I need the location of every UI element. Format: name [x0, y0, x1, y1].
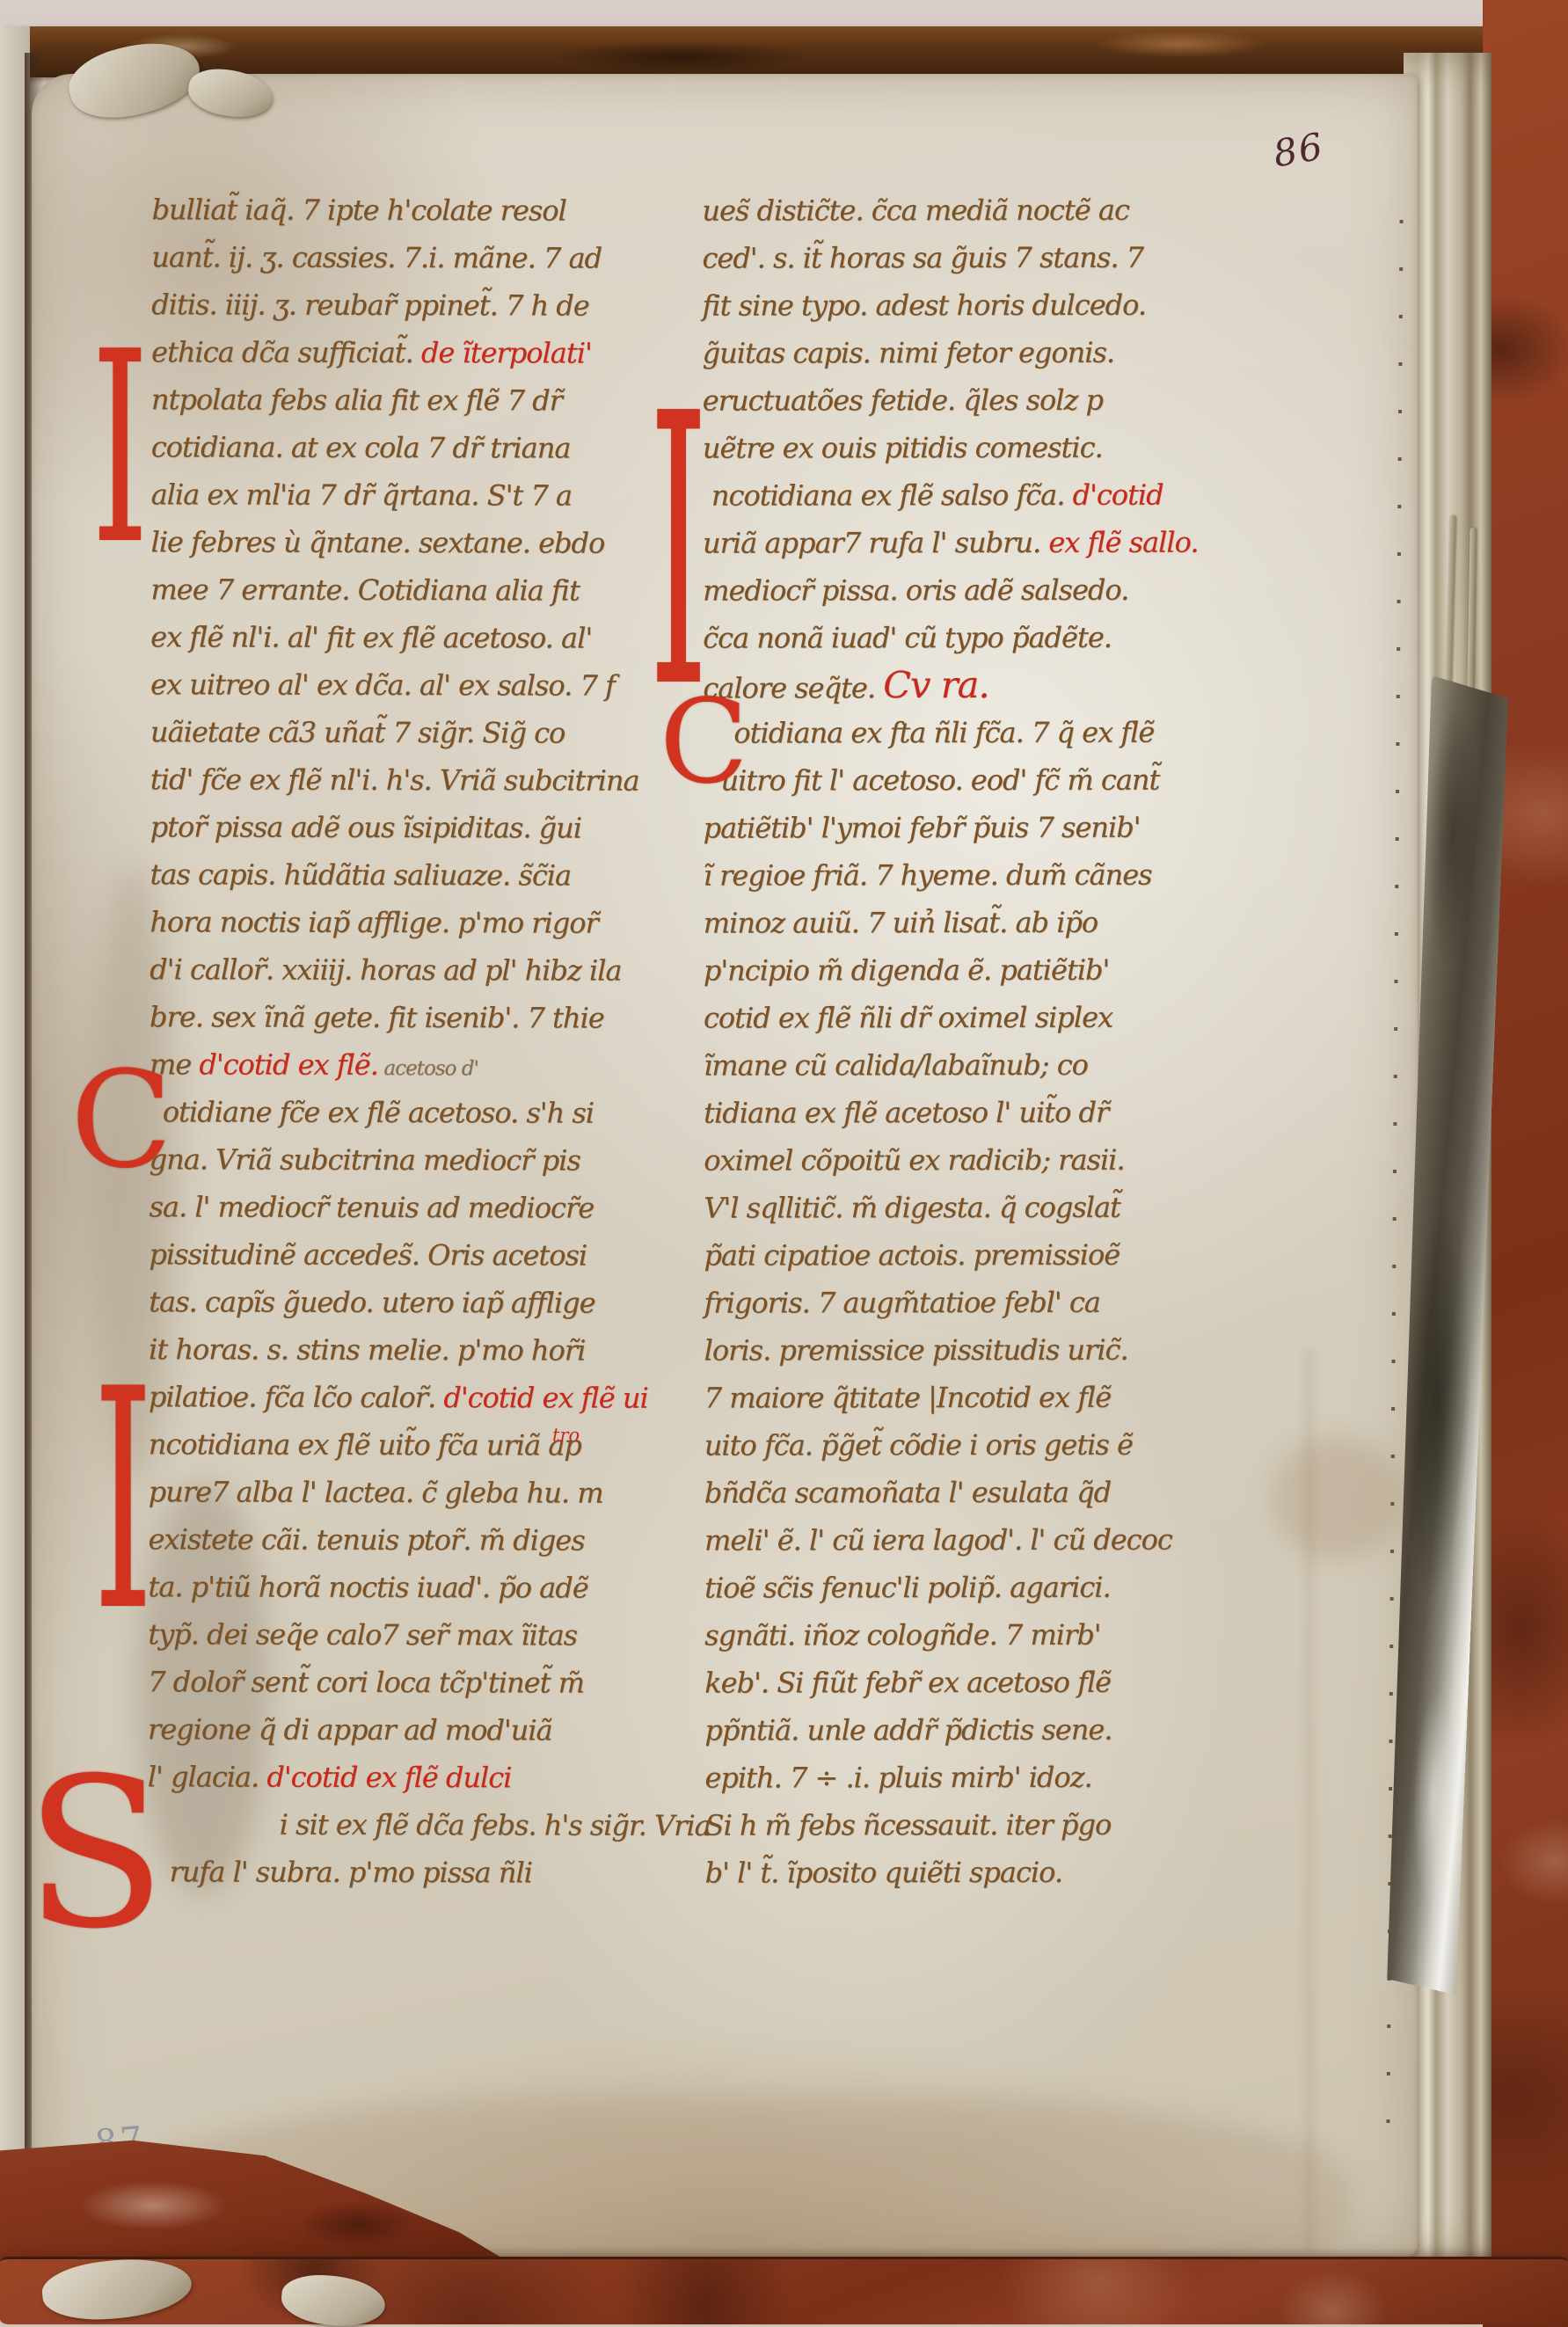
ink-text: ditis. iiij. ʒ. reubar̃ ppinet̃. 7 h de — [151, 288, 589, 322]
manuscript-line: it horas. s. stins melie. p'mo hor̃i — [149, 1325, 690, 1375]
ink-text: pp̃ntiã. unle addr̃ p̃dictis sene. — [704, 1713, 1112, 1747]
manuscript-line: minoz auiũ. 7 uin̉ lisat̃. ab ip̃o — [704, 898, 1245, 946]
ink-text: pure7 alba l' lactea. c̃ gleba hu. m — [149, 1475, 603, 1509]
ink-text: bñdc̃a scamoñata l' esulata q̃d — [704, 1476, 1111, 1510]
manuscript-line: i sit ex flẽ dc̃a febs. h's sig̃r. Vria — [148, 1800, 689, 1849]
ink-text: gna. Vriã subcitrina mediocr̃ pis — [150, 1142, 580, 1177]
ink-text: p'ncipio m̃ digenda ẽ. patiẽtib' — [704, 953, 1110, 988]
manuscript-line: mediocr̃ pissa. oris adẽ salsedo. — [703, 565, 1244, 614]
manuscript-line: bulliat̃ iaq̃. 7 ipte h'colate resol — [151, 186, 693, 235]
manuscript-line: tas. capĩs g̃uedo. utero iap̃ afflige — [149, 1278, 690, 1327]
ink-text: 7 dolor̃ sent̃ cori loca tc̃p'tinet̃ m̃ — [148, 1665, 584, 1699]
manuscript-line: sgnãti. iñoz cologñde. 7 mirb' — [704, 1610, 1246, 1659]
manuscript-line: frigoris. 7 augm̃tatioe febl' ca — [704, 1278, 1245, 1326]
manuscript-line: ĩmane cũ calida/labaĩnub; co — [704, 1040, 1245, 1089]
marginal-correction: tro — [552, 1425, 580, 1446]
ink-text: fit sine typo. adest horis dulcedo. — [703, 288, 1147, 323]
ink-text: cotid ex flẽ ñli dr̃ oximel siplex — [704, 1001, 1112, 1035]
manuscript-line: g̃uitas capis. nimi fetor egonis. — [703, 328, 1244, 376]
manuscript-line: pilatioe. fc̃a lc̃o calor̃. d'cotid ex f… — [149, 1373, 690, 1422]
rubric-text: ex flẽ sallo. — [1048, 526, 1198, 559]
ink-text: ntpolata febs alia fit ex flẽ 7 dr̃ — [151, 383, 562, 417]
manuscript-line: uitro fit l' acetoso. eod' fc̃ m̃ cant̃ — [703, 755, 1244, 804]
manuscript-line: uito fc̃a. p̃g̃et̃ cõdie i oris getis e… — [704, 1420, 1246, 1469]
manuscript-line: calore seq̃te. Cv ra. — [703, 660, 1244, 709]
ink-text: tas. capĩs g̃uedo. utero iap̃ afflige — [149, 1285, 594, 1319]
ink-text: c̃ca nonã iuad' cũ typo p̃adẽte. — [703, 621, 1112, 655]
manuscript-line: ptor̃ pissa adẽ ous ĩsipiditas. g̃ui — [150, 803, 692, 852]
manuscript-line: ex uitreo al' ex dc̃a. al' ex salso. 7 f — [150, 660, 692, 710]
ink-text: oximel cõpoitũ ex radicib; rasii. — [704, 1143, 1124, 1178]
manuscript-line: fit sine typo. adest horis dulcedo. — [702, 281, 1243, 329]
ink-text: ues̃ distic̃te. c̃ca mediã noctẽ ac — [702, 193, 1129, 228]
rubricated-initial: S — [25, 1778, 166, 1931]
manuscript-line: d'i callor̃. xxiiij. horas ad pl' hibz i… — [150, 945, 691, 995]
ink-text: epith. 7 ÷ .i. pluis mirb' idoz. — [704, 1761, 1091, 1795]
ink-text: bre. sex ĩnã gete. fit isenib'. 7 thie — [150, 1000, 604, 1034]
manuscript-line: cotid ex flẽ ñli dr̃ oximel siplex — [704, 993, 1245, 1041]
text-column-right: ues̃ distic̃te. c̃ca mediã noctẽ acced… — [702, 186, 1246, 1896]
manuscript-line: pissitudinẽ accedes̃. Oris acetosi — [149, 1230, 690, 1280]
manuscript-line: ncotidiana ex flẽ salso fc̃a. d'cotid — [703, 471, 1244, 519]
manuscript-line: cotidiana. at ex cola 7 dr̃ triana — [151, 423, 693, 472]
ink-text: rufa l' subra. p'mo pissa ñli — [169, 1855, 531, 1889]
manuscript-line: uant̃. ij. ʒ. cassies. 7.i. mãne. 7 ad — [151, 233, 693, 282]
manuscript-line: uãietate cã3 uñat̃ 7 sig̃r. Sig̃ co — [150, 708, 692, 757]
folio-number: 86 — [1270, 124, 1327, 175]
ink-text: ĩ regioe friã. 7 hyeme. dum̃ cãnes — [704, 858, 1152, 893]
manuscript-line: mee 7 errante. Cotidiana alia fit — [150, 565, 692, 615]
manuscript-line: uẽtre ex ouis pitidis comestic. — [703, 423, 1244, 471]
manuscript-photo: bulliat̃ iaq̃. 7 ipte h'colate resoluant… — [0, 0, 1568, 2327]
rubric-text: d'cotid ex flẽ dulci — [266, 1761, 511, 1795]
rubric-text: acetoso d' — [378, 1057, 478, 1080]
ink-text: mediocr̃ pissa. oris adẽ salsedo. — [703, 573, 1128, 608]
rubricated-initial: C — [70, 1071, 172, 1170]
rubric-text: d'cotid — [1073, 478, 1163, 512]
ink-text: frigoris. 7 augm̃tatioe febl' ca — [704, 1286, 1099, 1320]
manuscript-line: uriã appar7 rufa l' subru. ex flẽ sall… — [703, 518, 1244, 566]
manuscript-line: Si h m̃ febs ñcessauit. iter p̃go — [705, 1800, 1247, 1849]
ink-text: patiẽtib' l'ymoi febr̃ p̃uis 7 senib' — [704, 811, 1141, 845]
rubricated-initial: I — [91, 352, 149, 547]
manuscript-line: eructuatões fetide. q̃les solz p — [703, 376, 1244, 424]
rubricated-initial: I — [649, 415, 708, 692]
ink-text: hora noctis iap̃ afflige. p'mo rigor̃ — [150, 905, 598, 939]
ink-text: eructuatões fetide. q̃les solz p — [703, 383, 1103, 418]
manuscript-line: ditis. iiij. ʒ. reubar̃ ppinet̃. 7 h de — [151, 281, 693, 330]
manuscript-line: typ̃. dei seq̃e calo7 ser̃ max ĩitas — [148, 1610, 689, 1660]
ink-text: sa. l' mediocr̃ tenuis ad mediocr̃e — [149, 1190, 594, 1224]
manuscript-line: ntpolata febs alia fit ex flẽ 7 dr̃ — [151, 376, 693, 425]
rubricated-initial: C — [660, 700, 748, 786]
ink-text: uitro fit l' acetoso. eod' fc̃ m̃ cant̃ — [720, 763, 1159, 798]
ink-text: i sit ex flẽ dc̃a febs. h's sig̃r. Vria — [280, 1808, 711, 1842]
ink-text: 7 maiore q̃titate |Incotid ex flẽ — [704, 1381, 1112, 1415]
manuscript-line: meli' ẽ. l' cũ iera lagod'. l' cũ dec… — [704, 1515, 1246, 1564]
ink-text: ex uitreo al' ex dc̃a. al' ex salso. 7 f — [150, 667, 615, 702]
ink-text: uriã appar7 rufa l' subru. — [703, 526, 1048, 560]
manuscript-line: ues̃ distic̃te. c̃ca mediã noctẽ ac — [702, 186, 1243, 234]
ink-text: uito fc̃a. p̃g̃et̃ cõdie i oris getis e… — [704, 1428, 1133, 1463]
ink-text: mee 7 errante. Cotidiana alia fit — [150, 573, 580, 607]
manuscript-line: ncotidiana ex flẽ uit̃o fc̃a uriã ap — [149, 1420, 690, 1470]
ink-text: loris. premissice pissitudis uric̃. — [704, 1333, 1128, 1368]
manuscript-line: lie febres ù q̃ntane. sextane. ebdo — [150, 518, 692, 567]
leather-binding-right — [1483, 0, 1568, 2327]
manuscript-line: hora noctis iap̃ afflige. p'mo rigor̃ — [150, 898, 691, 947]
ink-text: ptor̃ pissa adẽ ous ĩsipiditas. g̃ui — [150, 810, 581, 844]
rubric-text: de ĩterpolati' — [421, 336, 592, 370]
manuscript-line: p'ncipio m̃ digenda ẽ. patiẽtib' — [704, 945, 1245, 994]
ink-text: keb'. Si fiũt febr̃ ex acetoso flẽ — [704, 1666, 1111, 1700]
ink-text: existete cãi. tenuis ptor̃. m̃ diges — [148, 1522, 584, 1557]
manuscript-line: bñdc̃a scamoñata l' esulata q̃d — [704, 1468, 1246, 1516]
ink-text: ethica dc̃a sufficiat̃. — [151, 335, 421, 369]
ink-text: otidiane fc̃e ex flẽ acetoso. s'h si — [163, 1095, 594, 1129]
manuscript-line: tas capis. hũdãtia saliuaze. s̃c̃ia — [150, 850, 691, 900]
manuscript-line: epith. 7 ÷ .i. pluis mirb' idoz. — [704, 1753, 1246, 1801]
ink-text: minoz auiũ. 7 uin̉ lisat̃. ab ip̃o — [704, 906, 1098, 940]
parchment-crease — [1305, 1349, 1314, 2272]
manuscript-line: oximel cõpoitũ ex radicib; rasii. — [704, 1135, 1245, 1184]
manuscript-line: tidiana ex flẽ acetoso l' uit̃o dr̃ — [704, 1088, 1245, 1136]
ink-text: regione q̃ di appar ad mod'uiã — [148, 1712, 552, 1747]
ink-text: otidiana ex fta ñli fc̃a. 7 q̃ ex flẽ — [733, 716, 1154, 750]
manuscript-line: p̃ati cipatioe actois. premissioẽ — [704, 1230, 1245, 1279]
manuscript-line: rufa l' subra. p'mo pissa ñli — [147, 1848, 689, 1897]
manuscript-line: loris. premissice pissitudis uric̃. — [704, 1325, 1246, 1374]
manuscript-line: me d'cotid ex flẽ. acetoso d' — [150, 1040, 691, 1090]
ink-text: p̃ati cipatioe actois. premissioẽ — [704, 1238, 1119, 1273]
ink-text: tidiana ex flẽ acetoso l' uit̃o dr̃ — [704, 1096, 1108, 1130]
leather-binding-bottom — [0, 2257, 1568, 2324]
ink-text: tid' fc̃e ex flẽ nl'i. h's. Vriã subci… — [150, 762, 639, 797]
ink-text: Si h m̃ febs ñcessauit. iter p̃go — [705, 1808, 1112, 1842]
manuscript-line: pure7 alba l' lactea. c̃ gleba hu. m — [149, 1468, 690, 1517]
manuscript-line: alia ex ml'ia 7 dr̃ q̃rtana. S't 7 a — [151, 471, 693, 520]
ink-text: bulliat̃ iaq̃. 7 ipte h'colate resol — [151, 193, 565, 227]
ink-text: tas capis. hũdãtia saliuaze. s̃c̃ia — [150, 857, 571, 892]
manuscript-line: ex flẽ nl'i. al' fit ex flẽ acetoso. a… — [150, 613, 692, 662]
ink-text: d'i callor̃. xxiiij. horas ad pl' hibz i… — [150, 952, 621, 987]
manuscript-line: regione q̃ di appar ad mod'uiã — [148, 1705, 689, 1754]
ink-text: typ̃. dei seq̃e calo7 ser̃ max ĩitas — [148, 1617, 577, 1652]
manuscript-line: ta. p'tiũ horã noctis iuad'. p̃o adẽ — [148, 1563, 689, 1612]
ink-text: ĩmane cũ calida/labaĩnub; co — [704, 1048, 1088, 1083]
manuscript-line: c̃ca nonã iuad' cũ typo p̃adẽte. — [703, 613, 1244, 661]
ink-text: uant̃. ij. ʒ. cassies. 7.i. mãne. 7 ad — [151, 240, 602, 274]
manuscript-line: patiẽtib' l'ymoi febr̃ p̃uis 7 senib' — [704, 803, 1245, 851]
ink-text: tioẽ sc̃is fenuc'li polip̃. agarici. — [704, 1571, 1111, 1605]
stain — [1272, 1437, 1404, 1560]
manuscript-line: otidiana ex fta ñli fc̃a. 7 q̃ ex flẽ — [703, 708, 1244, 756]
ink-text: g̃uitas capis. nimi fetor egonis. — [703, 336, 1115, 370]
rubric-text: d'cotid ex flẽ. — [199, 1047, 378, 1082]
manuscript-line: pp̃ntiã. unle addr̃ p̃dictis sene. — [704, 1705, 1246, 1754]
ink-text: b' l' t̃. ĩposito quiẽti spacio. — [705, 1856, 1062, 1890]
manuscript-line: l' glacia. d'cotid ex flẽ dulci — [148, 1753, 689, 1802]
rubric-text: d'cotid ex flẽ ui — [443, 1381, 648, 1415]
manuscript-line: tioẽ sc̃is fenuc'li polip̃. agarici. — [704, 1563, 1246, 1611]
manuscript-line: ced'. s. it̃ horas sa g̃uis 7 stans. 7 — [702, 233, 1243, 281]
manuscript-line: b' l' t̃. ĩposito quiẽti spacio. — [705, 1848, 1247, 1896]
manuscript-line: bre. sex ĩnã gete. fit isenib'. 7 thie — [150, 993, 691, 1042]
text-column-left: bulliat̃ iaq̃. 7 ipte h'colate resoluant… — [147, 186, 693, 1897]
manuscript-line: V'l sqllitic̃. m̃ digesta. q̃ cogslat̃ — [704, 1183, 1245, 1231]
ink-text: ced'. s. it̃ horas sa g̃uis 7 stans. 7 — [702, 241, 1143, 275]
manuscript-line: tid' fc̃e ex flẽ nl'i. h's. Vriã subci… — [150, 755, 692, 805]
manuscript-line: sa. l' mediocr̃ tenuis ad mediocr̃e — [149, 1183, 690, 1232]
ink-text: uãietate cã3 uñat̃ 7 sig̃r. Sig̃ co — [150, 715, 565, 749]
ink-text: uẽtre ex ouis pitidis comestic. — [703, 431, 1103, 465]
manuscript-line: 7 dolor̃ sent̃ cori loca tc̃p'tinet̃ m̃ — [148, 1658, 689, 1707]
ink-text: ncotidiana ex flẽ salso fc̃a. — [711, 478, 1073, 513]
manuscript-line: ĩ regioe friã. 7 hyeme. dum̃ cãnes — [704, 850, 1245, 899]
ink-text: it horas. s. stins melie. p'mo hor̃i — [149, 1332, 585, 1367]
rubric-text: Cv ra. — [883, 663, 989, 706]
ink-text: sgnãti. iñoz cologñde. 7 mirb' — [704, 1618, 1100, 1652]
ink-text: ta. p'tiũ horã noctis iuad'. p̃o adẽ — [148, 1570, 587, 1604]
ink-text: lie febres ù q̃ntane. sextane. ebdo — [150, 525, 604, 559]
manuscript-line: existete cãi. tenuis ptor̃. m̃ diges — [148, 1515, 689, 1565]
ink-text: meli' ẽ. l' cũ iera lagod'. l' cũ dec… — [704, 1523, 1172, 1557]
manuscript-line: keb'. Si fiũt febr̃ ex acetoso flẽ — [704, 1658, 1246, 1706]
ink-text: pilatioe. fc̃a lc̃o calor̃. — [149, 1380, 444, 1414]
ink-text: ncotidiana ex flẽ uit̃o fc̃a uriã ap — [149, 1427, 581, 1462]
manuscript-line: gna. Vriã subcitrina mediocr̃ pis — [150, 1135, 691, 1185]
ink-text: V'l sqllitic̃. m̃ digesta. q̃ cogslat̃ — [704, 1191, 1120, 1225]
manuscript-line: otidiane fc̃e ex flẽ acetoso. s'h si — [150, 1088, 691, 1137]
manuscript-line: ethica dc̃a sufficiat̃. de ĩterpolati' — [151, 328, 693, 377]
ink-text: cotidiana. at ex cola 7 dr̃ triana — [151, 430, 571, 464]
ink-text: ex flẽ nl'i. al' fit ex flẽ acetoso. a… — [150, 620, 592, 654]
ink-text: pissitudinẽ accedes̃. Oris acetosi — [149, 1237, 587, 1272]
rubricated-initial: I — [93, 1390, 153, 1614]
ink-text: alia ex ml'ia 7 dr̃ q̃rtana. S't 7 a — [151, 478, 573, 512]
manuscript-line: 7 maiore q̃titate |Incotid ex flẽ — [704, 1373, 1246, 1421]
